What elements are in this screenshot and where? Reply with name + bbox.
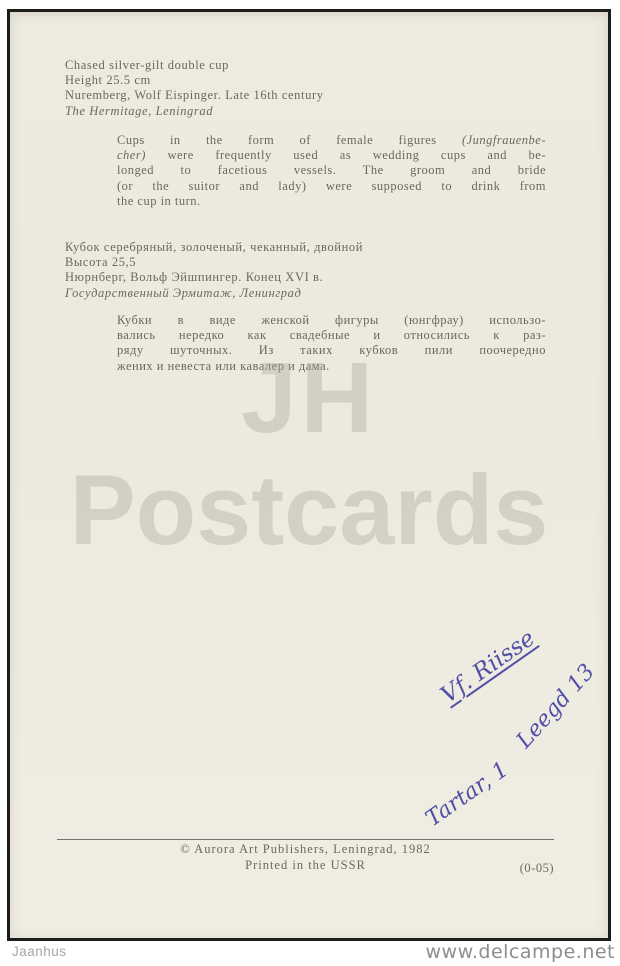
paragraph-en-italic: cher) [117, 148, 146, 162]
handwritten-note: Tartar, 1 [421, 757, 513, 832]
seller-watermark-word: Postcards [10, 460, 608, 559]
paragraph-en-line: cher) were frequently used as wedding cu… [117, 148, 546, 163]
caption-ru-title: Кубок серебряный, золоченый, чеканный, д… [65, 240, 363, 255]
caption-ru-museum: Государственный Эрмитаж, Ленинград [65, 286, 363, 301]
footer-site-watermark: www.delcampe.net [425, 941, 615, 963]
caption-en-height: Height 25.5 cm [65, 73, 324, 88]
handwritten-note: Vf. Riisse [436, 625, 540, 708]
imprint-divider [57, 839, 554, 840]
paragraph-ru-line: Кубки в виде женской фигуры (юнгфрау) ис… [117, 313, 546, 328]
paragraph-en-line: (or the suitor and lady) were supposed t… [117, 179, 546, 194]
caption-en-title: Chased silver-gilt double cup [65, 58, 324, 73]
caption-ru-height: Высота 25,5 [65, 255, 363, 270]
paragraph-en-line: longed to facetious vessels. The groom a… [117, 163, 546, 178]
imprint-code: (0-05) [57, 861, 554, 876]
paragraph-en-text: Cups in the form of female figures [117, 133, 462, 147]
caption-en-origin: Nuremberg, Wolf Eispinger. Late 16th cen… [65, 88, 324, 103]
handwritten-note: Leegd 13 [512, 660, 600, 754]
paragraph-english: Cups in the form of female figures (Jung… [117, 133, 546, 209]
footer-seller-watermark: Jaanhus [12, 944, 67, 959]
paragraph-en-line: Cups in the form of female figures (Jung… [117, 133, 546, 148]
paragraph-en-line: the cup in turn. [117, 194, 546, 209]
caption-en-museum: The Hermitage, Leningrad [65, 104, 324, 119]
seller-watermark-initials: JH [10, 348, 608, 448]
caption-english: Chased silver-gilt double cup Height 25.… [65, 58, 324, 119]
caption-ru-origin: Нюрнберг, Вольф Эйшпингер. Конец XVI в. [65, 270, 363, 285]
caption-russian: Кубок серебряный, золоченый, чеканный, д… [65, 240, 363, 301]
imprint-copyright: © Aurora Art Publishers, Leningrad, 1982 [57, 842, 554, 857]
paragraph-en-text: were frequently used as wedding cups and… [146, 148, 546, 162]
paragraph-en-italic: (Jungfrauenbe- [462, 133, 546, 147]
postcard-scan: Chased silver-gilt double cup Height 25.… [7, 9, 611, 941]
